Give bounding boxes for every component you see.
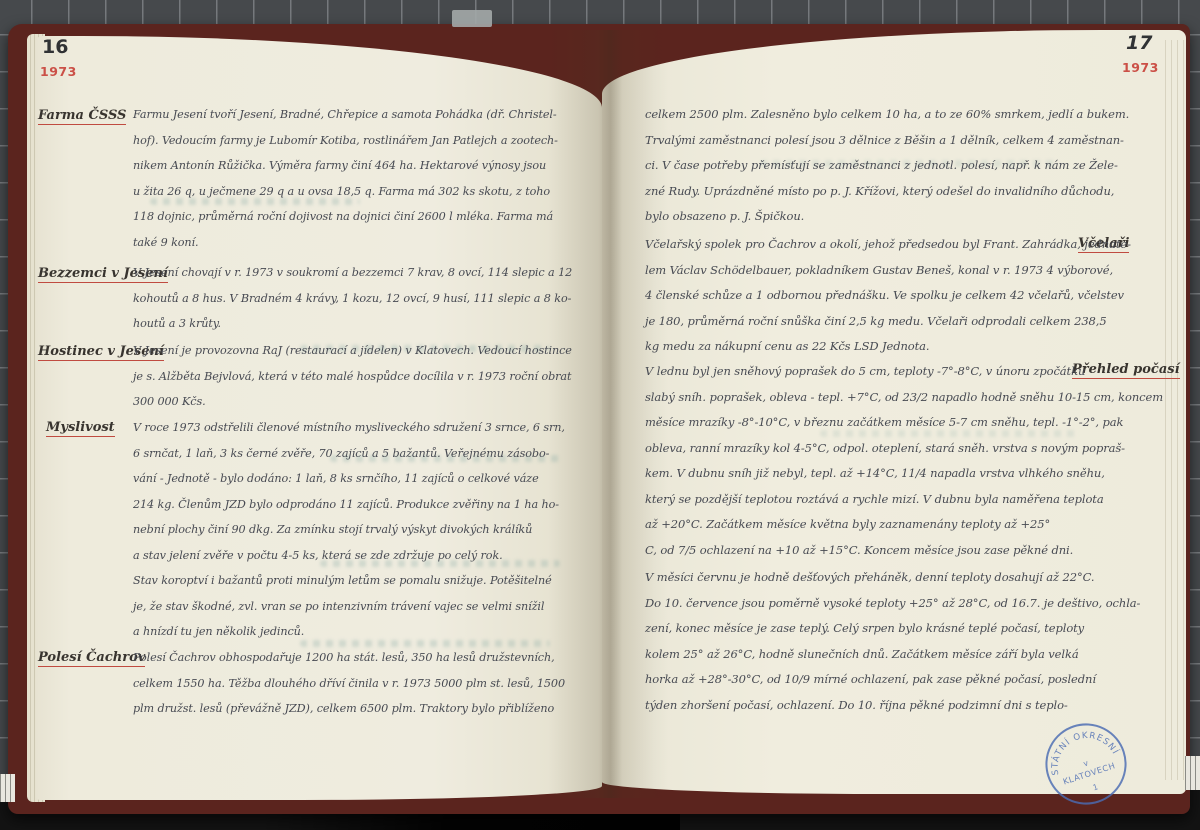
handwritten-line: celkem 2500 plm. Zalesněno bylo celkem 1… <box>645 107 1129 133</box>
handwritten-line: u žita 26 q, u ječmene 29 q a u ovsa 18,… <box>133 185 558 211</box>
year-label-left: 1973 <box>40 64 77 79</box>
handwritten-line: V Jesení je provozovna RaJ (restaurací a… <box>133 344 572 370</box>
handwritten-line: obleva, ranní mrazíky kol 4-5°C, odpol. … <box>645 441 1163 467</box>
section-text-bezzemci: V Jesení chovají v r. 1973 v soukromí a … <box>133 266 572 343</box>
handwritten-line: lem Václav Schödelbauer, pokladníkem Gus… <box>645 263 1131 289</box>
page-stack-edge-right <box>1160 40 1186 780</box>
handwritten-line: 118 dojnic, průměrná roční dojivost na d… <box>133 210 558 236</box>
section-text-hostinec: V Jesení je provozovna RaJ (restaurací a… <box>133 344 572 421</box>
handwritten-line: V roce 1973 odstřelili členové místního … <box>133 421 565 447</box>
handwritten-line: měsíce mrazíky -8°-10°C, v březnu začátk… <box>645 415 1163 441</box>
handwritten-line: Polesí Čachrov obhospodařuje 1200 ha stá… <box>133 651 565 677</box>
handwritten-line: C, od 7/5 ochlazení na +10 až +15°C. Kon… <box>645 543 1163 569</box>
stamp-bottom-number: 1 <box>1092 782 1100 792</box>
section-text-polesi: Polesí Čachrov obhospodařuje 1200 ha stá… <box>133 651 565 728</box>
section-text-pocasi-1: V lednu byl jen sněhový poprašek do 5 cm… <box>645 364 1163 568</box>
margin-heading-polesi-cachrov: Polesí Čachrov <box>38 650 145 667</box>
handwritten-line: plm družst. lesů (převážně JZD), celkem … <box>133 702 565 728</box>
handwritten-line: ci. V čase potřeby přemísťují se zaměstn… <box>645 158 1129 184</box>
handwritten-line: až +20°C. Začátkem měsíce května byly za… <box>645 517 1163 543</box>
handwritten-line: celkem 1550 ha. Těžba dlouhého dříví čin… <box>133 677 565 703</box>
handwritten-line: kohoutů a 8 hus. V Bradném 4 krávy, 1 ko… <box>133 292 572 318</box>
photo-of-chronicle: 252423222120191817161514 121314151617181… <box>0 0 1200 830</box>
handwritten-line: který se pozdější teplotou roztává a ryc… <box>645 492 1163 518</box>
bookmark-tape <box>452 10 492 27</box>
handwritten-line: také 9 koní. <box>133 236 558 262</box>
handwritten-line: Trvalými zaměstnanci polesí jsou 3 dělni… <box>645 133 1129 159</box>
handwritten-line: Farmu Jesení tvoří Jesení, Bradné, Chřep… <box>133 108 558 134</box>
stamp-middle-small: v <box>1082 758 1090 768</box>
section-text-myslivost: V roce 1973 odstřelili členové místního … <box>133 421 565 651</box>
handwritten-line: Stav koroptví i bažantů proti minulým le… <box>133 574 565 600</box>
handwritten-line: 4 členské schůze a 1 odbornou přednášku.… <box>645 288 1131 314</box>
handwritten-line: horka až +28°-30°C, od 10/9 mírné ochlaz… <box>645 672 1140 698</box>
handwritten-line: Včelařský spolek pro Čachrov a okolí, je… <box>645 237 1131 263</box>
handwritten-line: kolem 25° až 26°C, hodně slunečních dnů.… <box>645 647 1140 673</box>
year-label-right: 1973 <box>1122 60 1159 75</box>
handwritten-line: zení, konec měsíce je zase teplý. Celý s… <box>645 621 1140 647</box>
handwritten-line: houtů a 3 krůty. <box>133 317 572 343</box>
ruler-fragment-bottom-left <box>0 774 15 802</box>
stamp-middle-main: KLATOVECH <box>1062 760 1117 786</box>
handwritten-line: slabý sníh. poprašek, obleva - tepl. +7°… <box>645 390 1163 416</box>
section-text-farma: Farmu Jesení tvoří Jesení, Bradné, Chřep… <box>133 108 558 261</box>
handwritten-line: je 180, průměrná roční snůška činí 2,5 k… <box>645 314 1131 340</box>
margin-heading-myslivost: Myslivost <box>46 420 115 437</box>
ruler-fragment-right <box>1185 756 1200 790</box>
margin-heading-farma-csss: Farma ČSSS <box>38 108 126 125</box>
handwritten-line: V Jesení chovají v r. 1973 v soukromí a … <box>133 266 572 292</box>
section-text-pocasi-2: V měsíci červnu je hodně dešťových přehá… <box>645 570 1140 723</box>
handwritten-line: je, že stav škodné, zvl. vran se po inte… <box>133 600 565 626</box>
page-number-right: 17 <box>1126 32 1152 54</box>
handwritten-line: 214 kg. Členům JZD bylo odprodáno 11 zaj… <box>133 498 565 524</box>
handwritten-line: a hnízdí tu jen několik jedinců. <box>133 625 565 651</box>
handwritten-line: a stav jelení zvěře v počtu 4-5 ks, kter… <box>133 549 565 575</box>
section-text-polesi-continued: celkem 2500 plm. Zalesněno bylo celkem 1… <box>645 107 1129 235</box>
handwritten-line: zné Rudy. Uprázdněné místo po p. J. Kříž… <box>645 184 1129 210</box>
handwritten-line: je s. Alžběta Bejvlová, která v této mal… <box>133 370 572 396</box>
handwritten-line: nikem Antonín Růžička. Výměra farmy činí… <box>133 159 558 185</box>
handwritten-line: Do 10. července jsou poměrně vysoké tepl… <box>645 596 1140 622</box>
handwritten-line: kg medu za nákupní cenu as 22 Kčs LSD Je… <box>645 339 1131 365</box>
handwritten-line: 6 srnčat, 1 laň, 3 ks černé zvěře, 70 za… <box>133 447 565 473</box>
section-text-vcelari: Včelařský spolek pro Čachrov a okolí, je… <box>645 237 1131 365</box>
handwritten-line: V lednu byl jen sněhový poprašek do 5 cm… <box>645 364 1163 390</box>
handwritten-line: kem. V dubnu sníh již nebyl, tepl. až +1… <box>645 466 1163 492</box>
handwritten-line: 300 000 Kčs. <box>133 395 572 421</box>
handwritten-line: hof). Vedoucím farmy je Lubomír Kotiba, … <box>133 134 558 160</box>
handwritten-line: bylo obsazeno p. J. Špičkou. <box>645 209 1129 235</box>
handwritten-line: V měsíci červnu je hodně dešťových přehá… <box>645 570 1140 596</box>
handwritten-line: týden zhoršení počasí, ochlazení. Do 10.… <box>645 698 1140 724</box>
handwritten-line: vání - Jednotě - bylo dodáno: 1 laň, 8 k… <box>133 472 565 498</box>
handwritten-line: nební plochy činí 90 dkg. Za zmínku stoj… <box>133 523 565 549</box>
page-number-left: 16 <box>42 36 68 58</box>
